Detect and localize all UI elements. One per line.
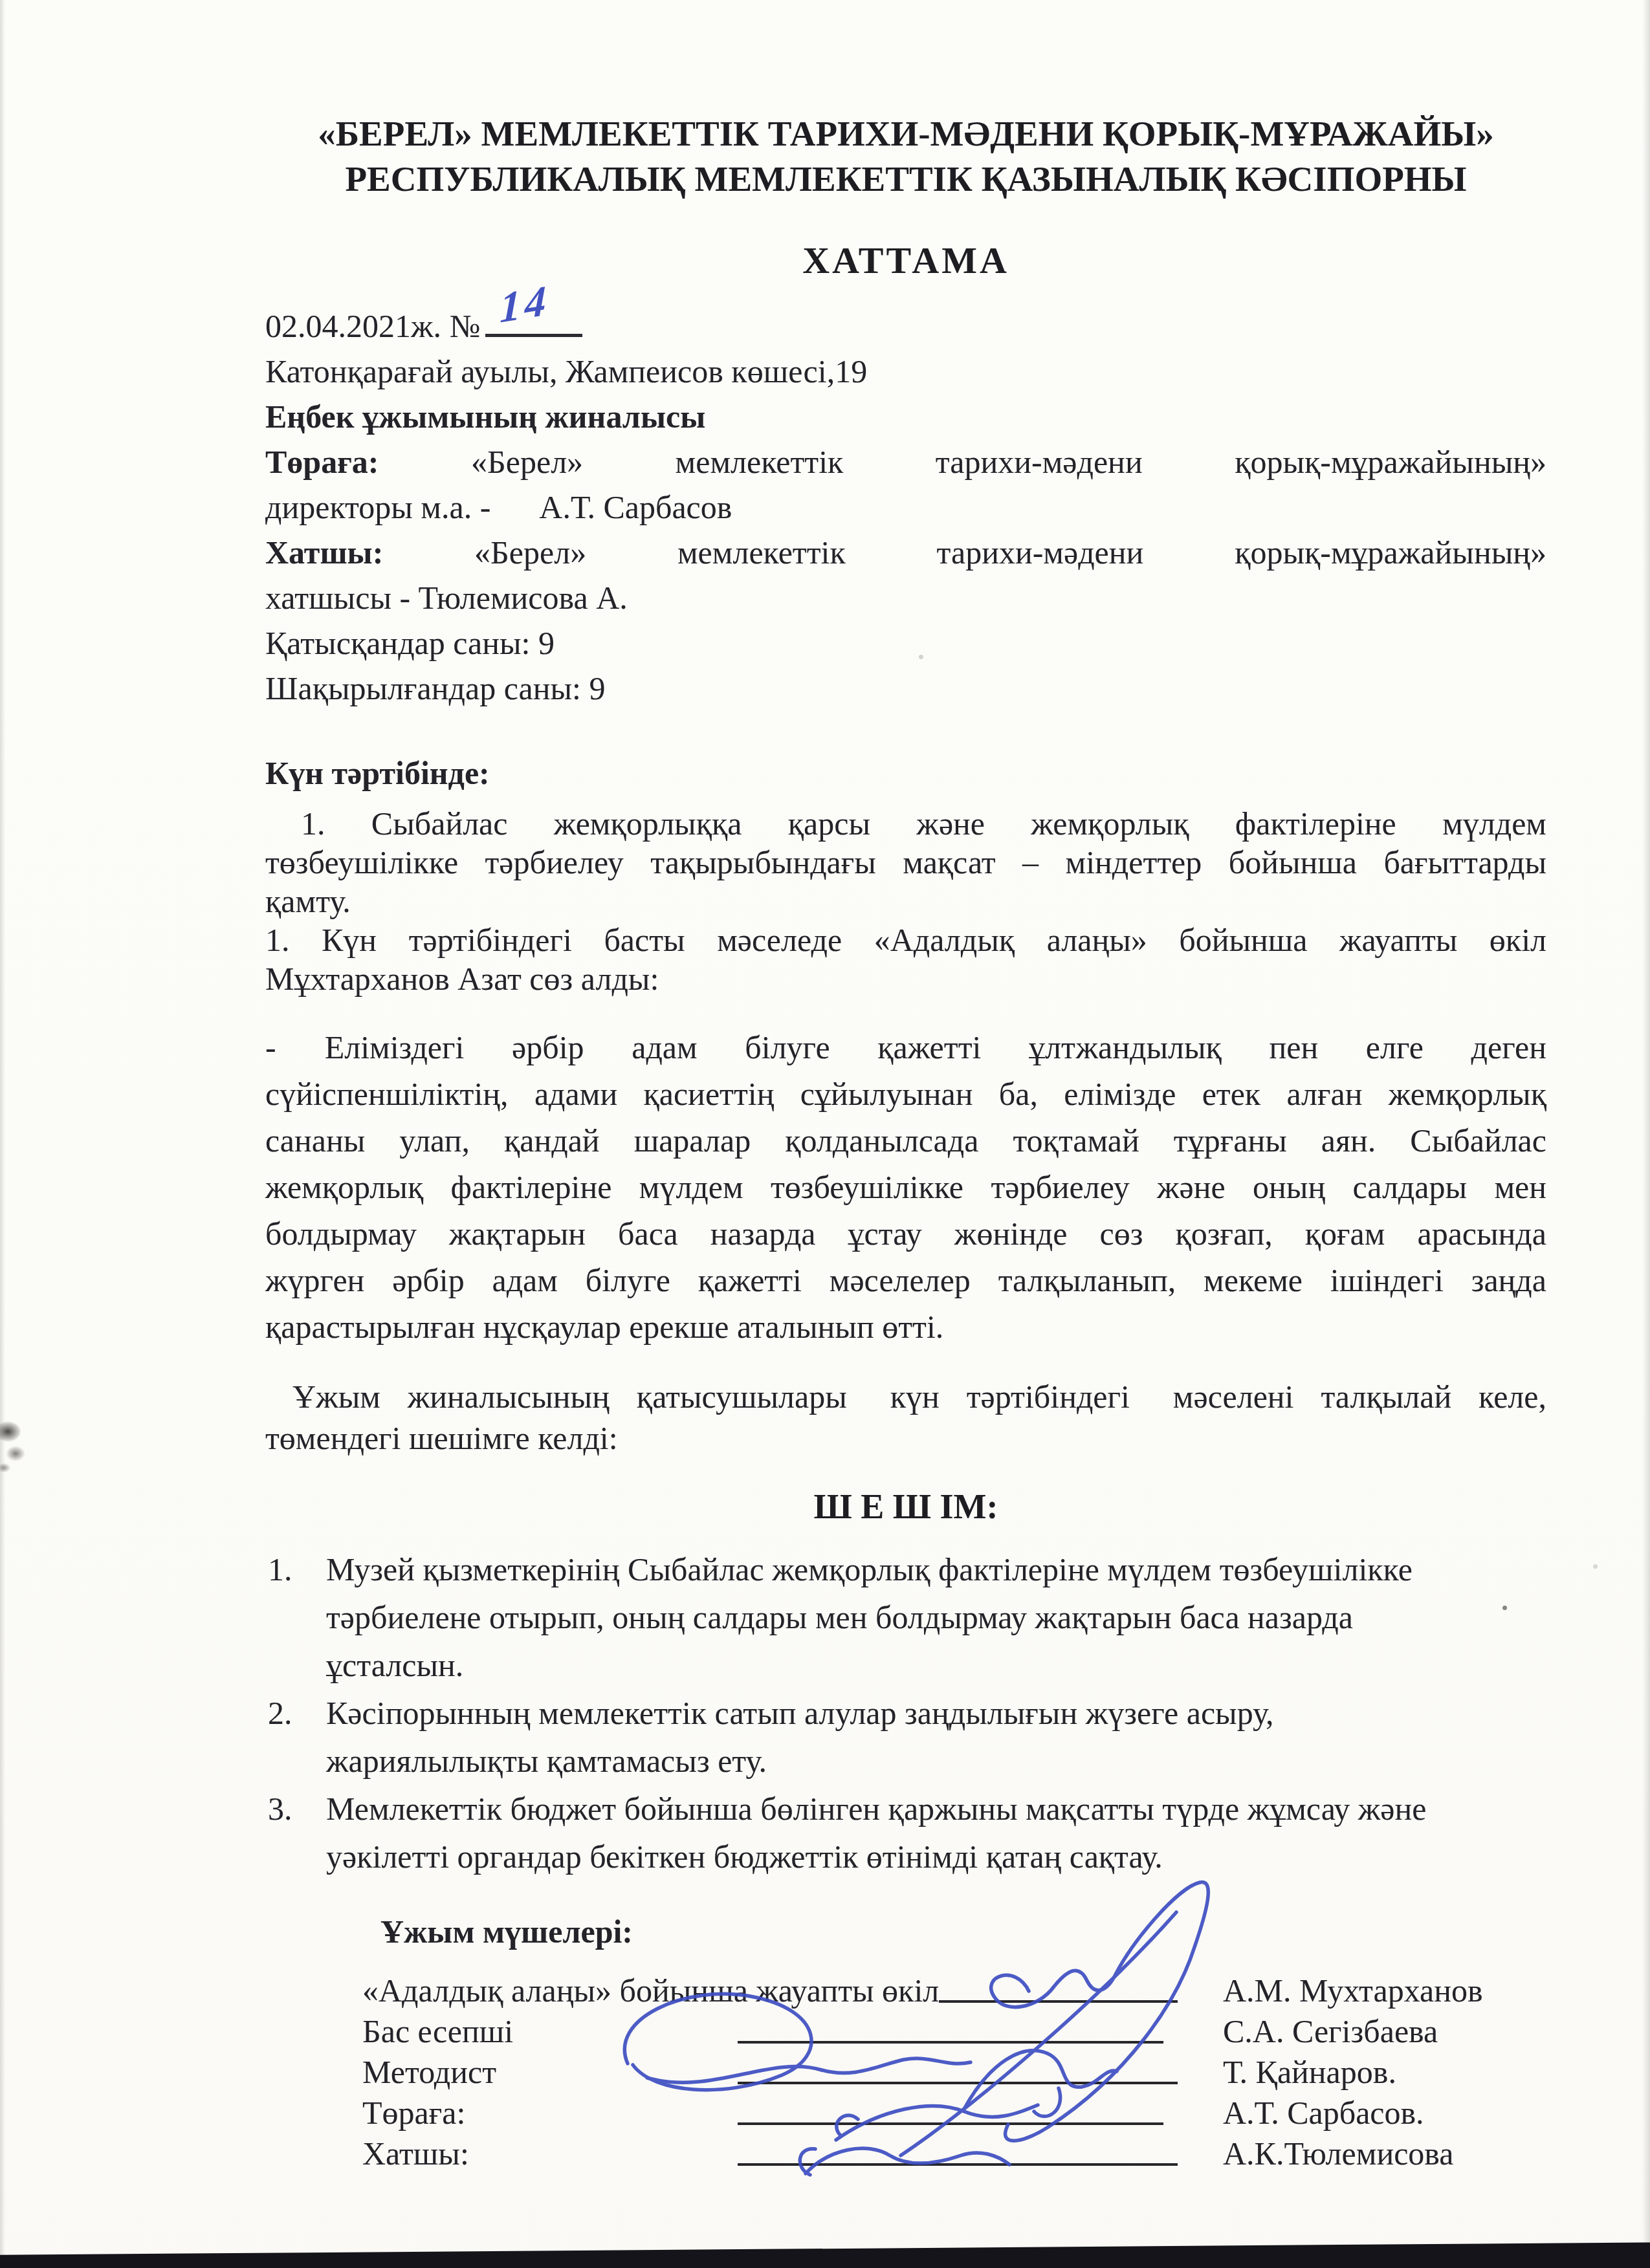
secretary-label: Хатшы:	[265, 534, 383, 571]
decision-line: тәрбиелене отырып, оның салдары мен болд…	[326, 1593, 1546, 1641]
date-text: 02.04.2021ж. №	[265, 308, 480, 344]
chair-label: Төраға:	[265, 444, 379, 480]
paper-speck	[1593, 1564, 1598, 1569]
decision-line: Музей қызметкерінің Сыбайлас жемқорлық ф…	[326, 1545, 1546, 1593]
handwritten-doc-number: 14	[500, 279, 550, 330]
date-number-line: 02.04.2021ж. №14	[265, 300, 1546, 349]
ink-smudge	[0, 1413, 35, 1478]
decision-line: Кәсіпорынның мемлекеттік сатып алулар за…	[326, 1689, 1546, 1737]
decision-item-number: 1.	[265, 1545, 326, 1689]
signature-name: С.А. Сегізбаева	[1209, 2012, 1546, 2050]
signature-role: Методист	[362, 2053, 738, 2091]
agenda-line: 1. Күн тәртібіндегі басты мәселеде «Адал…	[265, 921, 1546, 959]
secretary-line: Хатшы: «Берел» мемлекеттік тарихи-мәдени…	[265, 530, 1546, 575]
signature-role: Төраға:	[362, 2094, 738, 2132]
speech-line: қарастырылған нұсқаулар ерекше аталынып …	[265, 1303, 1546, 1350]
decision-line: уәкілетті органдар бекіткен бюджеттік өт…	[326, 1833, 1546, 1881]
decision-item-body: Мемлекеттік бюджет бойынша бөлінген қарж…	[326, 1785, 1546, 1881]
organization-header: «БЕРЕЛ» МЕМЛЕКЕТТІК ТАРИХИ-МӘДЕНИ ҚОРЫҚ-…	[265, 111, 1546, 202]
signature-row: Төраға: А.Т. Сарбасов.	[362, 2091, 1546, 2132]
decision-list: 1. Музей қызметкерінің Сыбайлас жемқорлы…	[265, 1545, 1546, 1881]
closing-line: төмендегі шешімге келді:	[265, 1417, 1546, 1459]
secretary-line-2: хатшысы - Тюлемисова А.	[265, 575, 1546, 620]
signatures-heading: Ұжым мүшелері:	[380, 1912, 1546, 1952]
signature-name: А.К.Тюлемисова	[1223, 2135, 1546, 2172]
signatures-section: Ұжым мүшелері: «Адалдық алаңы» бойынша ж…	[265, 1912, 1546, 2172]
org-name-line-1: «БЕРЕЛ» МЕМЛЕКЕТТІК ТАРИХИ-МӘДЕНИ ҚОРЫҚ-…	[265, 111, 1546, 157]
decision-line: Мемлекеттік бюджет бойынша бөлінген қарж…	[326, 1785, 1546, 1833]
speech-line: жүрген әрбір адам білуге қажетті мәселел…	[265, 1257, 1546, 1303]
chair-line: Төраға: «Берел» мемлекеттік тарихи-мәден…	[265, 439, 1546, 485]
signature-row: Хатшы: А.К.Тюлемисова	[362, 2132, 1546, 2172]
agenda-line: 1. Сыбайлас жемқорлыққа қарсы және жемқо…	[265, 804, 1546, 843]
chair-line-2: директоры м.а. - А.Т. Сарбасов	[265, 485, 1546, 530]
signature-role: «Адалдық алаңы» бойынша жауапты өкіл	[362, 1972, 939, 2009]
scan-edge-shadow-left	[0, 0, 5, 2268]
meta-block: 02.04.2021ж. №14 Катонқарағай ауылы, Жам…	[265, 300, 1546, 711]
decision-item: 3. Мемлекеттік бюджет бойынша бөлінген қ…	[265, 1785, 1546, 1881]
decision-line: ұсталсын.	[326, 1641, 1546, 1689]
decision-item-number: 2.	[265, 1689, 326, 1785]
meeting-title: Еңбек ұжымының жиналысы	[265, 394, 1546, 439]
agenda-line: қамту.	[265, 882, 1546, 921]
decision-item: 1. Музей қызметкерінің Сыбайлас жемқорлы…	[265, 1545, 1546, 1689]
agenda-heading: Күн тәртібінде:	[265, 752, 1546, 794]
address-line: Катонқарағай ауылы, Жампеисов көшесі,19	[265, 349, 1546, 394]
speech-line: сананы улап, қандай шаралар қолданылсада…	[265, 1117, 1546, 1164]
speech-line: сүйіспеншіліктің, адами қасиеттің сұйылу…	[265, 1071, 1546, 1117]
decision-line: жариялылықты қамтамасыз ету.	[326, 1737, 1546, 1785]
signature-row: Методист Т. Қайнаров.	[362, 2050, 1546, 2091]
signature-line	[738, 2162, 1178, 2166]
doc-number-line: 14	[485, 300, 582, 337]
signature-row: «Адалдық алаңы» бойынша жауапты өкіл А.М…	[362, 1968, 1546, 2009]
decision-item-number: 3.	[265, 1785, 326, 1881]
speech-line: болдырмау жақтарын баса назарда ұстау жө…	[265, 1210, 1546, 1257]
invited-count: Шақырылғандар саны: 9	[265, 666, 1546, 711]
decision-item-body: Кәсіпорынның мемлекеттік сатып алулар за…	[326, 1689, 1546, 1785]
agenda-line: Мұхтарханов Азат сөз алды:	[265, 959, 1546, 998]
paper-speck	[919, 655, 923, 659]
scanner-bar	[0, 2238, 1650, 2268]
signature-role: Хатшы:	[362, 2135, 738, 2172]
closing-paragraph: Ұжым жиналысының қатысушылары күн тәртіб…	[265, 1376, 1546, 1459]
signature-name: Т. Қайнаров.	[1223, 2053, 1546, 2091]
paper-speck	[1502, 1606, 1507, 1610]
document-content: «БЕРЕЛ» МЕМЛЕКЕТТІК ТАРИХИ-МӘДЕНИ ҚОРЫҚ-…	[265, 0, 1546, 2172]
signature-line	[738, 2040, 1163, 2044]
agenda-section: Күн тәртібінде: 1. Сыбайлас жемқорлыққа …	[265, 752, 1546, 998]
signature-line	[738, 2121, 1163, 2125]
agenda-line: төзбеушілікке тәрбиелеу тақырыбындағы ма…	[265, 843, 1546, 882]
signature-name: А.М. Мухтарханов	[1223, 1972, 1546, 2009]
speech-line: - Еліміздегі әрбір адам білуге қажетті ұ…	[265, 1024, 1546, 1071]
closing-line: Ұжым жиналысының қатысушылары күн тәртіб…	[265, 1376, 1546, 1417]
attendees-count: Қатысқандар саны: 9	[265, 620, 1546, 666]
scan-edge-shadow-right	[1642, 0, 1650, 2268]
signature-role: Бас есепші	[362, 2012, 738, 2050]
signature-line	[939, 1999, 1178, 2003]
speech-paragraph: - Еліміздегі әрбір адам білуге қажетті ұ…	[265, 1024, 1546, 1350]
decision-heading: Ш Е Ш ІМ:	[265, 1486, 1546, 1527]
chair-text: «Берел» мемлекеттік тарихи-мәдени қорық-…	[471, 444, 1546, 480]
scanned-protocol-document: «БЕРЕЛ» МЕМЛЕКЕТТІК ТАРИХИ-МӘДЕНИ ҚОРЫҚ-…	[0, 0, 1650, 2268]
signature-row: Бас есепші С.А. Сегізбаева	[362, 2009, 1546, 2050]
signature-name: А.Т. Сарбасов.	[1209, 2094, 1546, 2132]
signature-line	[738, 2080, 1178, 2084]
document-title: ХАТТАМА	[265, 238, 1546, 283]
speech-line: жемқорлық фактілеріне мүлдем төзбеушілік…	[265, 1164, 1546, 1210]
secretary-text: «Берел» мемлекеттік тарихи-мәдени қорық-…	[474, 534, 1546, 571]
decision-item-body: Музей қызметкерінің Сыбайлас жемқорлық ф…	[326, 1545, 1546, 1689]
org-name-line-2: РЕСПУБЛИКАЛЫҚ МЕМЛЕКЕТТІК ҚАЗЫНАЛЫҚ КӘСІ…	[265, 157, 1546, 202]
decision-item: 2. Кәсіпорынның мемлекеттік сатып алулар…	[265, 1689, 1546, 1785]
